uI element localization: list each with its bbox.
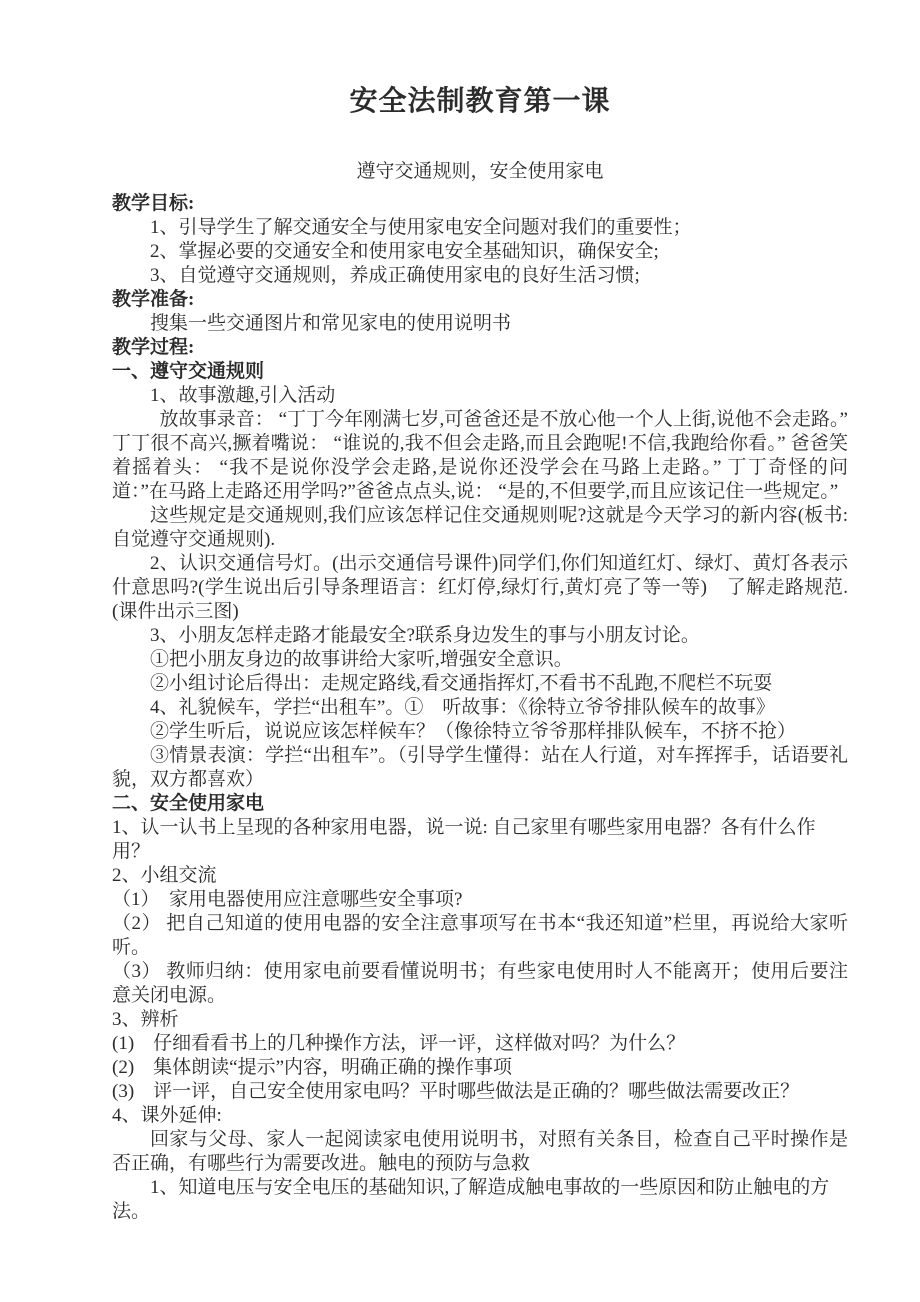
paragraph: 3、小朋友怎样走路才能最安全?联系身边发生的事与小朋友讨论。 xyxy=(112,624,848,648)
paragraph: ②学生听后，说说应该怎样候车？（像徐特立爷爷那样排队候车，不挤不抢） xyxy=(112,720,848,744)
paragraph: 1、引导学生了解交通安全与使用家电安全问题对我们的重要性； xyxy=(112,216,848,240)
document-title: 安全法制教育第一课 xyxy=(112,85,848,119)
paragraph: （1） 家用电器使用应注意哪些安全事项? xyxy=(112,888,848,912)
paragraph: 这些规定是交通规则,我们应该怎样记住交通规则呢?这就是今天学习的新内容(板书:自… xyxy=(112,504,848,552)
document-body: 教学目标:1、引导学生了解交通安全与使用家电安全问题对我们的重要性；2、掌握必要… xyxy=(112,192,848,1224)
paragraph: 4、课外延伸: xyxy=(112,1104,848,1128)
paragraph: （3） 教师归纳：使用家电前要看懂说明书；有些家电使用时人不能离开；使用后要注意… xyxy=(112,960,848,1008)
section-heading: 教学准备: xyxy=(112,288,848,312)
paragraph: 1、故事激趣,引入活动 xyxy=(112,384,848,408)
paragraph: 放故事录音： “丁丁今年刚满七岁,可爸爸还是不放心他一个人上街,说他不会走路。”… xyxy=(112,408,848,504)
paragraph: (1) 仔细看看书上的几种操作方法，评一评，这样做对吗？为什么？ xyxy=(112,1032,848,1056)
paragraph: 3、自觉遵守交通规则，养成正确使用家电的良好生活习惯; xyxy=(112,264,848,288)
section-heading: 教学目标: xyxy=(112,192,848,216)
paragraph: 回家与父母、家人一起阅读家电使用说明书，对照有关条目，检查自己平时操作是否正确，… xyxy=(112,1128,848,1176)
document-content: 安全法制教育第一课 遵守交通规则，安全使用家电 教学目标:1、引导学生了解交通安… xyxy=(0,0,920,1224)
paragraph: 2、认识交通信号灯。(出示交通信号课件)同学们,你们知道红灯、绿灯、黄灯各表示什… xyxy=(112,552,848,624)
section-heading: 教学过程: xyxy=(112,336,848,360)
paragraph: ③情景表演：学拦“出租车”。（引导学生懂得：站在人行道，对车挥挥手，话语要礼貌，… xyxy=(112,744,848,792)
paragraph: 搜集一些交通图片和常见家电的使用说明书 xyxy=(112,312,848,336)
section-heading: 一、遵守交通规则 xyxy=(112,360,848,384)
paragraph: (2) 集体朗读“提示”内容，明确正确的操作事项 xyxy=(112,1056,848,1080)
paragraph: （2） 把自己知道的使用电器的安全注意事项写在书本“我还知道”栏里，再说给大家听… xyxy=(112,912,848,960)
paragraph: ②小组讨论后得出：走规定路线,看交通指挥灯,不看书不乱跑,不爬栏不玩耍 xyxy=(112,672,848,696)
section-heading: 二、安全使用家电 xyxy=(112,792,848,816)
paragraph: (3) 评一评，自己安全使用家电吗？平时哪些做法是正确的？哪些做法需要改正？ xyxy=(112,1080,848,1104)
paragraph: 1、认一认书上呈现的各种家用电器，说一说: 自己家里有哪些家用电器？各有什么作用… xyxy=(112,816,848,864)
paragraph: 2、掌握必要的交通安全和使用家电安全基础知识，确保安全; xyxy=(112,240,848,264)
paragraph: ①把小朋友身边的故事讲给大家听,增强安全意识。 xyxy=(112,648,848,672)
document-subtitle: 遵守交通规则，安全使用家电 xyxy=(112,160,848,184)
paragraph: 2、小组交流 xyxy=(112,864,848,888)
document-page: 安全法制教育第一课 遵守交通规则，安全使用家电 教学目标:1、引导学生了解交通安… xyxy=(0,0,920,1302)
paragraph: 4、礼貌候车，学拦“出租车”。① 听故事：《徐特立爷爷排队候车的故事》 xyxy=(112,696,848,720)
paragraph: 3、辨析 xyxy=(112,1008,848,1032)
paragraph: 1、知道电压与安全电压的基础知识,了解造成触电事故的一些原因和防止触电的方法。 xyxy=(112,1176,848,1224)
